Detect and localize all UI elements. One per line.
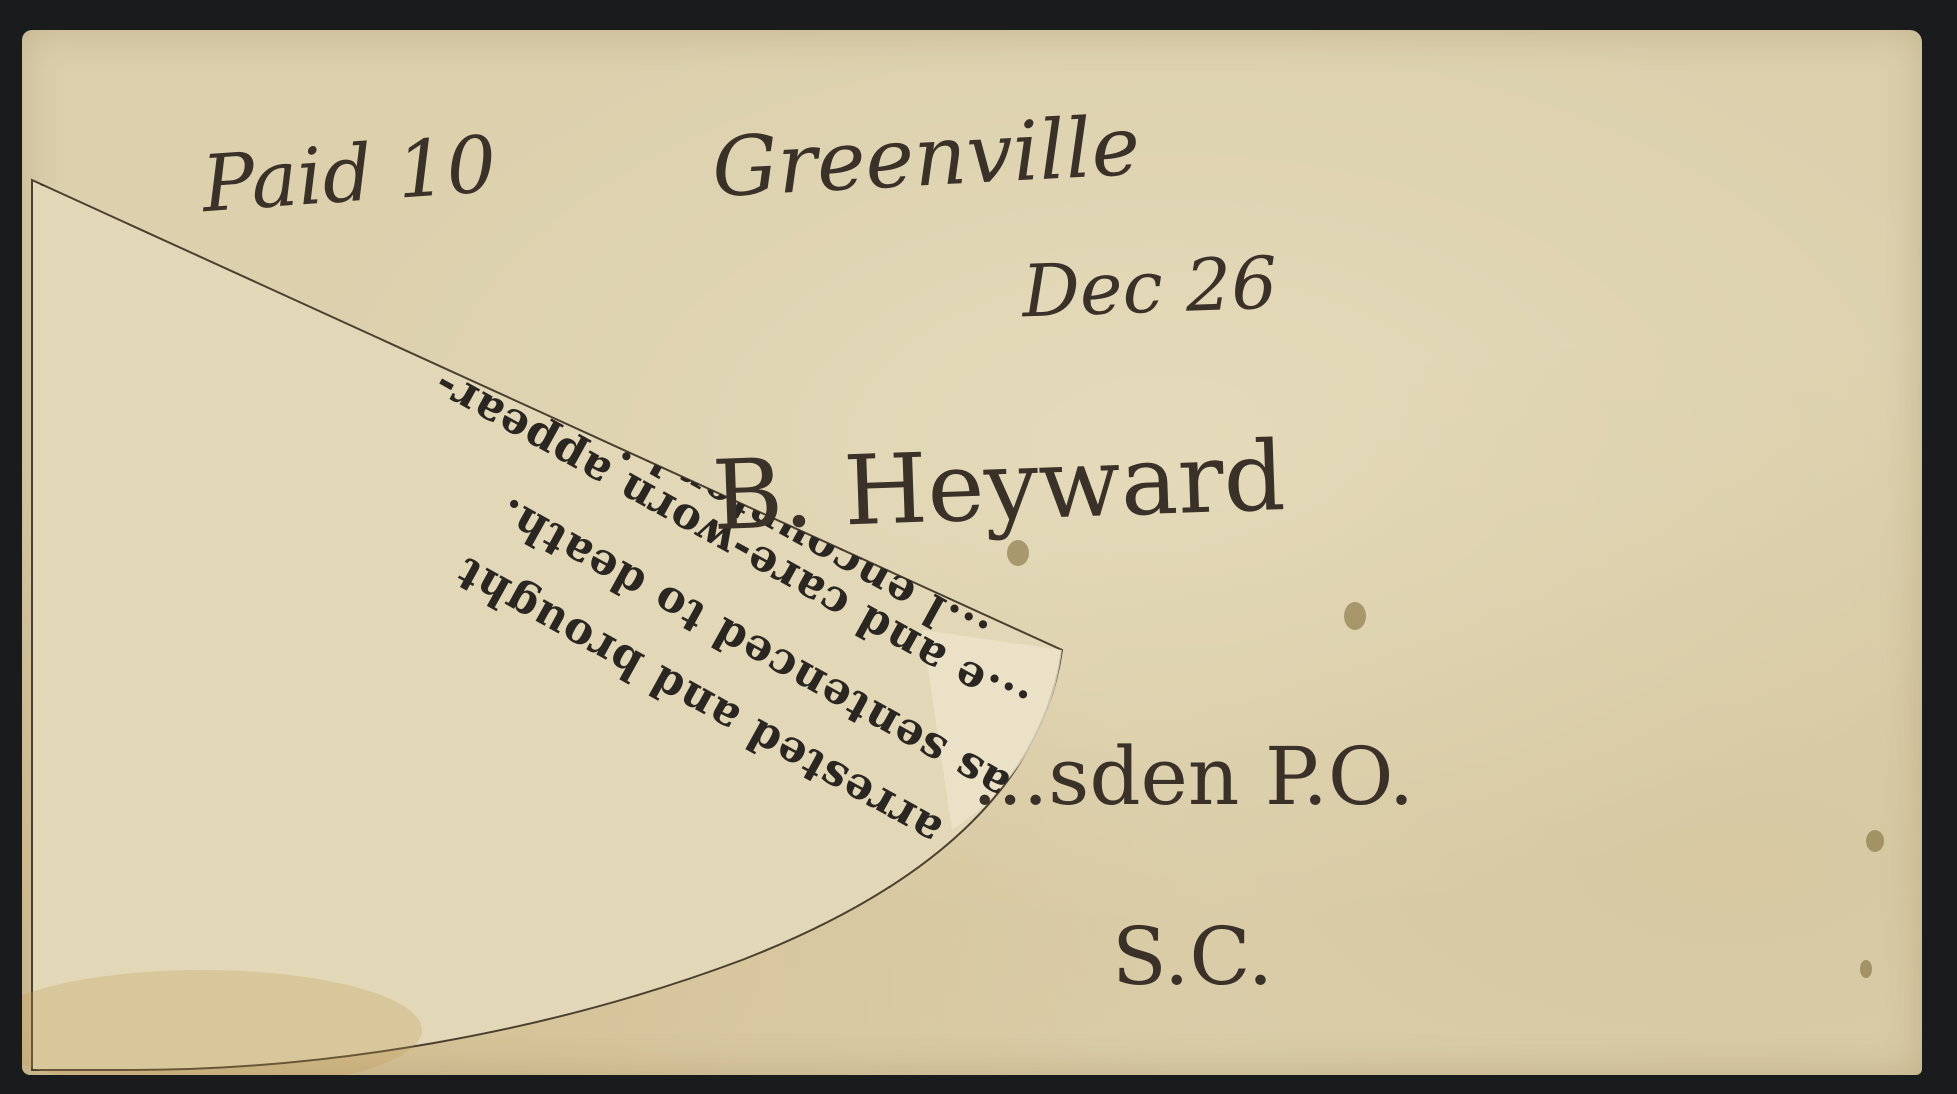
state: S.C. xyxy=(1112,910,1273,1003)
stain xyxy=(1866,830,1884,852)
stain xyxy=(1344,602,1366,630)
date-marking: Dec 26 xyxy=(1021,241,1279,334)
stain xyxy=(1860,960,1872,978)
addressee: B. Heyward xyxy=(710,420,1287,552)
post-office: ...sden P.O. xyxy=(972,730,1414,823)
stain xyxy=(1007,540,1029,566)
envelope: ...nishto bea......ill his facte......ei… xyxy=(22,30,1922,1075)
